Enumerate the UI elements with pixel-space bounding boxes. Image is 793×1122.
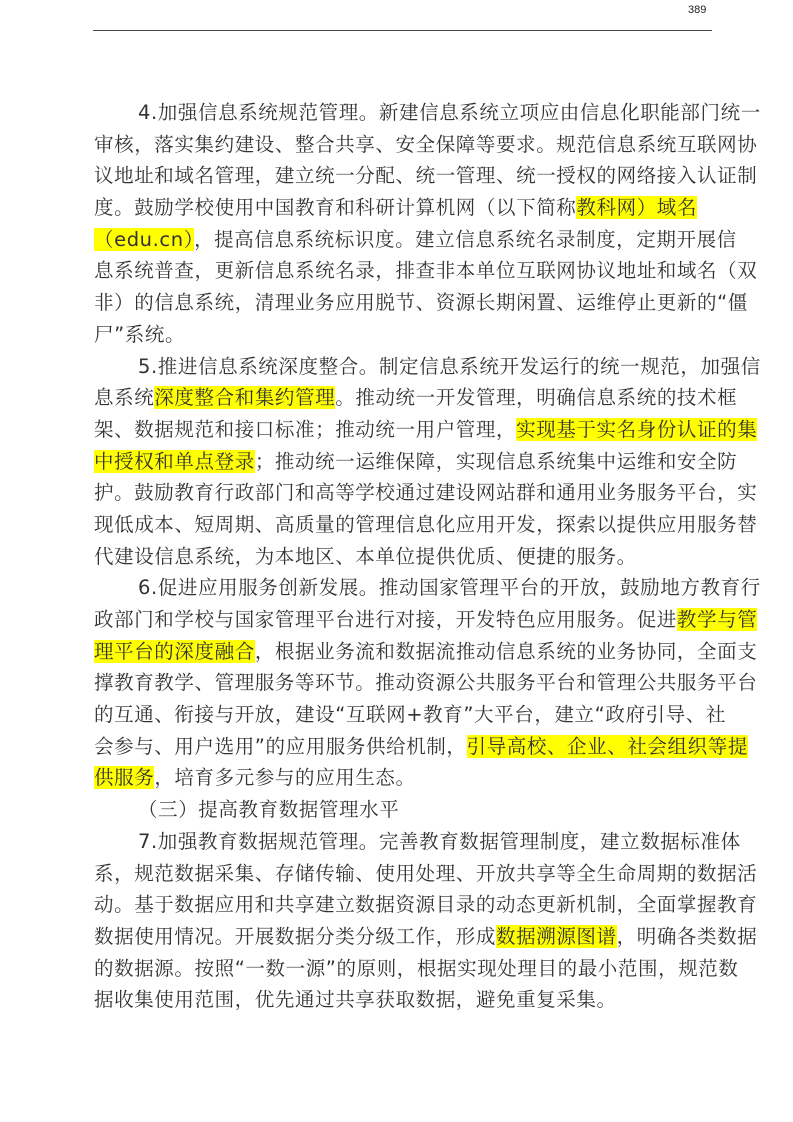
- text-segment: 据收集使用范围，优先通过共享获取数据，避免重复采集。: [94, 988, 617, 1011]
- text-line: 会参与、用户选用”的应用服务供给机制，引导高校、企业、社会组织等提: [94, 731, 714, 763]
- document-body: 4.加强信息系统规范管理。新建信息系统立项应由信息化职能部门统一审核，落实集约建…: [94, 97, 714, 1016]
- text-segment: 数据使用情况。开展数据分类分级工作，形成: [94, 925, 496, 948]
- text-line: 息系统普查，更新信息系统名录，排查非本单位互联网协议地址和域名（双: [94, 255, 714, 287]
- text-line: 供服务，培育多元参与的应用生态。: [94, 762, 714, 794]
- text-line: 审核，落实集约建设、整合共享、安全保障等要求。规范信息系统互联网协: [94, 129, 714, 161]
- page-number: 389: [688, 4, 706, 16]
- text-segment: 息系统: [94, 386, 154, 409]
- text-line: 4.加强信息系统规范管理。新建信息系统立项应由信息化职能部门统一: [94, 97, 714, 129]
- text-segment: 7.加强教育数据规范管理。完善教育数据管理制度，建立数据标准体: [138, 830, 741, 853]
- text-line: （三）提高教育数据管理水平: [94, 794, 714, 826]
- text-line: 中授权和单点登录；推动统一运维保障，实现信息系统集中运维和安全防: [94, 446, 714, 478]
- highlighted-text: 深度整合和集约管理: [154, 386, 335, 409]
- text-segment: ；推动统一运维保障，实现信息系统集中运维和安全防: [255, 450, 737, 473]
- text-segment: 尸”系统。: [94, 323, 185, 346]
- highlighted-text: 教学与管: [677, 608, 757, 631]
- text-segment: 架、数据规范和接口标准；推动统一用户管理，: [94, 418, 516, 441]
- text-segment: 系，规范数据采集、存储传输、使用处理、开放共享等全生命周期的数据活: [94, 862, 757, 885]
- text-line: 的数据源。按照“一数一源”的原则，根据实现处理目的最小范围，规范数: [94, 953, 714, 985]
- text-line: （edu.cn），提高信息系统标识度。建立信息系统名录制度，定期开展信: [94, 224, 714, 256]
- text-line: 的互通、衔接与开放，建设“互联网+教育”大平台，建立“政府引导、社: [94, 699, 714, 731]
- highlighted-text: 理平台的深度融合: [94, 640, 255, 663]
- text-segment: 现低成本、短周期、高质量的管理信息化应用开发，探索以提供应用服务替: [94, 513, 757, 536]
- text-line: 据收集使用范围，优先通过共享获取数据，避免重复采集。: [94, 984, 714, 1016]
- text-line: 架、数据规范和接口标准；推动统一用户管理，实现基于实名身份认证的集: [94, 414, 714, 446]
- text-segment: 的互通、衔接与开放，建设“互联网+教育”大平台，建立“政府引导、社: [94, 703, 726, 726]
- text-line: 非）的信息系统，清理业务应用脱节、资源长期闲置、运维停止更新的“僵: [94, 287, 714, 319]
- text-line: 现低成本、短周期、高质量的管理信息化应用开发，探索以提供应用服务替: [94, 509, 714, 541]
- text-segment: 4.加强信息系统规范管理。新建信息系统立项应由信息化职能部门统一: [138, 101, 761, 124]
- text-segment: 非）的信息系统，清理业务应用脱节、资源长期闲置、运维停止更新的“僵: [94, 291, 748, 314]
- text-line: 尸”系统。: [94, 319, 714, 351]
- text-segment: 。推动统一开发管理，明确信息系统的技术框: [335, 386, 737, 409]
- text-segment: 撑教育教学、管理服务等环节。推动资源公共服务平台和管理公共服务平台: [94, 671, 757, 694]
- text-line: 护。鼓励教育行政部门和高等学校通过建设网站群和通用业务服务平台，实: [94, 477, 714, 509]
- text-line: 度。鼓励学校使用中国教育和科研计算机网（以下简称教科网）域名: [94, 192, 714, 224]
- text-segment: 代建设信息系统，为本地区、本单位提供优质、便捷的服务。: [94, 545, 637, 568]
- highlighted-text: 教科网）域名: [576, 196, 697, 219]
- text-segment: 的数据源。按照“一数一源”的原则，根据实现处理目的最小范围，规范数: [94, 957, 739, 980]
- text-segment: ，根据业务流和数据流推动信息系统的业务协同，全面支: [255, 640, 758, 663]
- text-segment: 度。鼓励学校使用中国教育和科研计算机网（以下简称: [94, 196, 576, 219]
- text-segment: 6.促进应用服务创新发展。推动国家管理平台的开放，鼓励地方教育行: [138, 576, 761, 599]
- highlighted-text: 引导高校、企业、社会组织等提: [467, 735, 748, 758]
- highlighted-text: 数据溯源图谱: [496, 925, 617, 948]
- text-line: 5.推进信息系统深度整合。制定信息系统开发运行的统一规范，加强信: [94, 351, 714, 383]
- text-segment: ，明确各类数据: [617, 925, 758, 948]
- text-line: 理平台的深度融合，根据业务流和数据流推动信息系统的业务协同，全面支: [94, 636, 714, 668]
- text-line: 数据使用情况。开展数据分类分级工作，形成数据溯源图谱，明确各类数据: [94, 921, 714, 953]
- text-line: 议地址和域名管理，建立统一分配、统一管理、统一授权的网络接入认证制: [94, 160, 714, 192]
- highlighted-text: 供服务: [94, 766, 154, 789]
- highlighted-text: 中授权和单点登录: [94, 450, 255, 473]
- text-segment: （三）提高教育数据管理水平: [138, 798, 399, 821]
- highlighted-text: （edu.cn）: [94, 228, 194, 251]
- highlighted-text: 实现基于实名身份认证的集: [516, 418, 757, 441]
- text-line: 息系统深度整合和集约管理。推动统一开发管理，明确信息系统的技术框: [94, 382, 714, 414]
- text-line: 代建设信息系统，为本地区、本单位提供优质、便捷的服务。: [94, 541, 714, 573]
- text-segment: 会参与、用户选用”的应用服务供给机制，: [94, 735, 467, 758]
- text-segment: 息系统普查，更新信息系统名录，排查非本单位互联网协议地址和域名（双: [94, 259, 757, 282]
- text-line: 6.促进应用服务创新发展。推动国家管理平台的开放，鼓励地方教育行: [94, 572, 714, 604]
- text-segment: 审核，落实集约建设、整合共享、安全保障等要求。规范信息系统互联网协: [94, 133, 757, 156]
- text-segment: 议地址和域名管理，建立统一分配、统一管理、统一授权的网络接入认证制: [94, 164, 757, 187]
- text-line: 7.加强教育数据规范管理。完善教育数据管理制度，建立数据标准体: [94, 826, 714, 858]
- text-line: 动。基于数据应用和共享建立数据资源目录的动态更新机制，全面掌握教育: [94, 889, 714, 921]
- text-segment: 护。鼓励教育行政部门和高等学校通过建设网站群和通用业务服务平台，实: [94, 481, 757, 504]
- text-segment: 5.推进信息系统深度整合。制定信息系统开发运行的统一规范，加强信: [138, 355, 761, 378]
- text-segment: 动。基于数据应用和共享建立数据资源目录的动态更新机制，全面掌握教育: [94, 893, 757, 916]
- text-line: 撑教育教学、管理服务等环节。推动资源公共服务平台和管理公共服务平台: [94, 667, 714, 699]
- text-segment: 政部门和学校与国家管理平台进行对接，开发特色应用服务。促进: [94, 608, 677, 631]
- text-segment: ，提高信息系统标识度。建立信息系统名录制度，定期开展信: [194, 228, 737, 251]
- text-segment: ，培育多元参与的应用生态。: [154, 766, 415, 789]
- text-line: 政部门和学校与国家管理平台进行对接，开发特色应用服务。促进教学与管: [94, 604, 714, 636]
- header-divider: [93, 30, 712, 31]
- text-line: 系，规范数据采集、存储传输、使用处理、开放共享等全生命周期的数据活: [94, 858, 714, 890]
